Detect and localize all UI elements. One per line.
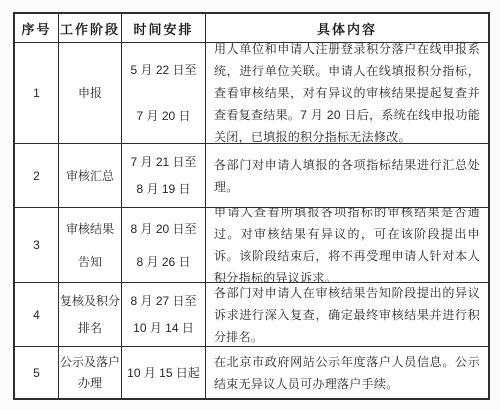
row2-time-lines: 7 月 21 日至 8 月 19 日 [122, 144, 205, 207]
row5-cell-time: 10 月 15 日起 [122, 347, 206, 398]
time-line: 8 月 20 日至 [130, 221, 196, 237]
row3-time-lines: 8 月 20 日至 8 月 26 日 [122, 208, 205, 282]
row1-content-text: 用人单位和申请人注册登录积分落户在线申报系统，进行单位关联。申请人在线填报积分指… [214, 43, 480, 144]
row1-cell-time: 5 月 22 日至 7 月 20 日 [122, 43, 206, 144]
time-line: 10 月 15 日起 [127, 365, 200, 381]
row2-stage-lines: 审核汇总 [59, 144, 121, 207]
stage-line: 排名 [78, 320, 102, 336]
time-line: 10 月 14 日 [133, 320, 194, 336]
time-line: 8 月 27 日至 [130, 293, 196, 309]
time-line: 7 月 20 日 [136, 108, 190, 124]
row5-cell-stage: 公示及落户 办理 [59, 347, 122, 398]
row2-cell-time: 7 月 21 日至 8 月 19 日 [122, 144, 206, 208]
row4-cell-content: 各部门对申请人在审核结果告知阶段提出的异议诉求进行深入复查，确定最终审核结果并进… [206, 283, 488, 347]
stage-line: 告知 [78, 254, 102, 270]
row2-cell-no: 2 [15, 144, 59, 208]
header-cell-time: 时间安排 [122, 14, 206, 43]
row3-cell-content: 申请人查看所填报各项指标的审核结果是否通过。对审核结果有异议的，可在该阶段提出申… [206, 208, 488, 283]
row1-time-lines: 5 月 22 日至 7 月 20 日 [122, 43, 205, 143]
header-cell-no: 序号 [15, 14, 59, 43]
row2-content-text: 各部门对申请人填报的各项指标结果进行汇总处理。 [214, 154, 480, 198]
time-line: 5 月 22 日至 [130, 62, 196, 78]
row5-cell-content: 在北京市政府网站公示年度落户人员信息。公示结束无异议人员可办理落户手续。 [206, 347, 488, 398]
row5-content-text: 在北京市政府网站公示年度落户人员信息。公示结束无异议人员可办理落户手续。 [214, 351, 480, 395]
row3-cell-no: 3 [15, 208, 59, 283]
row4-cell-stage: 复核及积分 排名 [59, 283, 122, 347]
row2-cell-stage: 审核汇总 [59, 144, 122, 208]
row4-content-text: 各部门对申请人在审核结果告知阶段提出的异议诉求进行深入复查，确定最终审核结果并进… [214, 283, 480, 347]
row4-cell-no: 4 [15, 283, 59, 347]
stage-line: 办理 [78, 375, 102, 391]
row1-cell-content: 用人单位和申请人注册登录积分落户在线申报系统，进行单位关联。申请人在线填报积分指… [206, 43, 488, 144]
row5-time-lines: 10 月 15 日起 [122, 347, 205, 398]
stage-line: 审核汇总 [66, 168, 114, 184]
time-line: 7 月 21 日至 [130, 154, 196, 170]
header-cell-stage: 工作阶段 [59, 14, 122, 43]
row4-time-lines: 8 月 27 日至 10 月 14 日 [122, 283, 205, 346]
row3-cell-stage: 审核结果 告知 [59, 208, 122, 283]
stage-line: 公示及落户 [60, 354, 120, 370]
time-line: 8 月 26 日 [136, 254, 190, 270]
row5-cell-no: 5 [15, 347, 59, 398]
stage-line: 审核结果 [66, 221, 114, 237]
row3-stage-lines: 审核结果 告知 [59, 208, 121, 282]
row3-content-text: 申请人查看所填报各项指标的审核结果是否通过。对审核结果有异议的，可在该阶段提出申… [214, 208, 480, 283]
row5-stage-lines: 公示及落户 办理 [59, 347, 121, 398]
header-cell-content: 具体内容 [206, 14, 488, 43]
row1-cell-no: 1 [15, 43, 59, 144]
row1-cell-stage: 申报 [59, 43, 122, 144]
stage-line: 申报 [78, 85, 102, 101]
row4-cell-time: 8 月 27 日至 10 月 14 日 [122, 283, 206, 347]
stage-line: 复核及积分 [60, 293, 120, 309]
work-schedule-table: 序号 工作阶段 时间安排 具体内容 1 申报 5 月 22 日至 7 月 20 … [13, 12, 490, 400]
time-line: 8 月 19 日 [136, 181, 190, 197]
row3-cell-time: 8 月 20 日至 8 月 26 日 [122, 208, 206, 283]
row2-cell-content: 各部门对申请人填报的各项指标结果进行汇总处理。 [206, 144, 488, 208]
row4-stage-lines: 复核及积分 排名 [59, 283, 121, 346]
row1-stage-lines: 申报 [59, 43, 121, 143]
